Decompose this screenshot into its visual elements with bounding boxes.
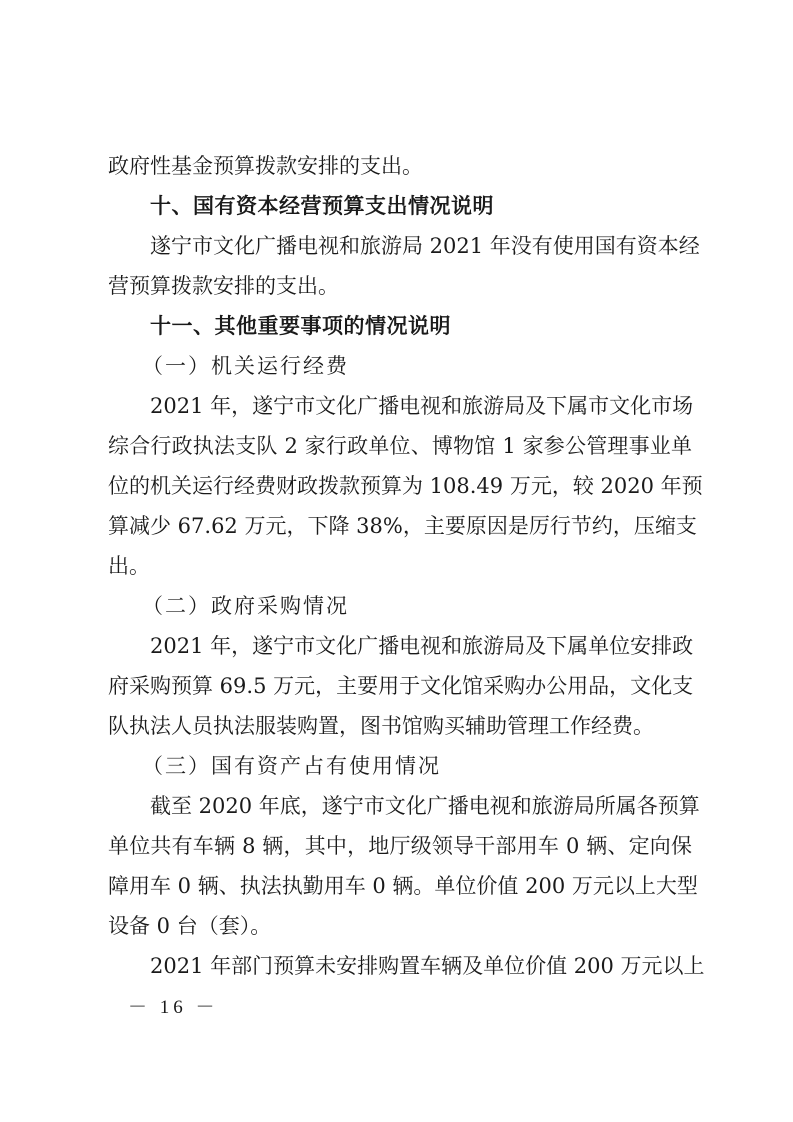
section-heading-10: 十、国有资本经营预算支出情况说明 [108, 186, 692, 226]
paragraph-line: 设备 0 台（套）。 [108, 906, 692, 946]
section-heading-11: 十一、其他重要事项的情况说明 [108, 306, 692, 346]
subsection-heading-3: （三）国有资产占有使用情况 [108, 746, 692, 786]
paragraph-line: 位的机关运行经费财政拨款预算为 108.49 万元，较 2020 年预 [108, 466, 692, 506]
subsection-heading-1: （一）机关运行经费 [108, 346, 692, 386]
paragraph-line: 算减少 67.62 万元，下降 38%，主要原因是厉行节约，压缩支 [108, 506, 692, 546]
page-number: － 16 － [128, 992, 219, 1019]
paragraph-line: 出。 [108, 546, 692, 586]
paragraph-line: 障用车 0 辆、执法执勤用车 0 辆。单位价值 200 万元以上大型 [108, 866, 692, 906]
paragraph-line: 府采购预算 69.5 万元，主要用于文化馆采购办公用品，文化支 [108, 666, 692, 706]
paragraph-line: 单位共有车辆 8 辆，其中，地厅级领导干部用车 0 辆、定向保 [108, 826, 692, 866]
document-body: 政府性基金预算拨款安排的支出。 十、国有资本经营预算支出情况说明 遂宁市文化广播… [108, 146, 692, 986]
paragraph-line: 遂宁市文化广播电视和旅游局 2021 年没有使用国有资本经 [108, 226, 692, 266]
paragraph-line: 2021 年，遂宁市文化广播电视和旅游局及下属单位安排政 [108, 626, 692, 666]
paragraph-line: 截至 2020 年底，遂宁市文化广播电视和旅游局所属各预算 [108, 786, 692, 826]
document-page: 政府性基金预算拨款安排的支出。 十、国有资本经营预算支出情况说明 遂宁市文化广播… [0, 0, 793, 1122]
paragraph-line: 政府性基金预算拨款安排的支出。 [108, 146, 692, 186]
paragraph-line: 2021 年部门预算未安排购置车辆及单位价值 200 万元以上 [108, 946, 692, 986]
paragraph-line: 队执法人员执法服装购置，图书馆购买辅助管理工作经费。 [108, 706, 692, 746]
paragraph-line: 2021 年，遂宁市文化广播电视和旅游局及下属市文化市场 [108, 386, 692, 426]
paragraph-line: 综合行政执法支队 2 家行政单位、博物馆 1 家参公管理事业单 [108, 426, 692, 466]
paragraph-line: 营预算拨款安排的支出。 [108, 266, 692, 306]
subsection-heading-2: （二）政府采购情况 [108, 586, 692, 626]
